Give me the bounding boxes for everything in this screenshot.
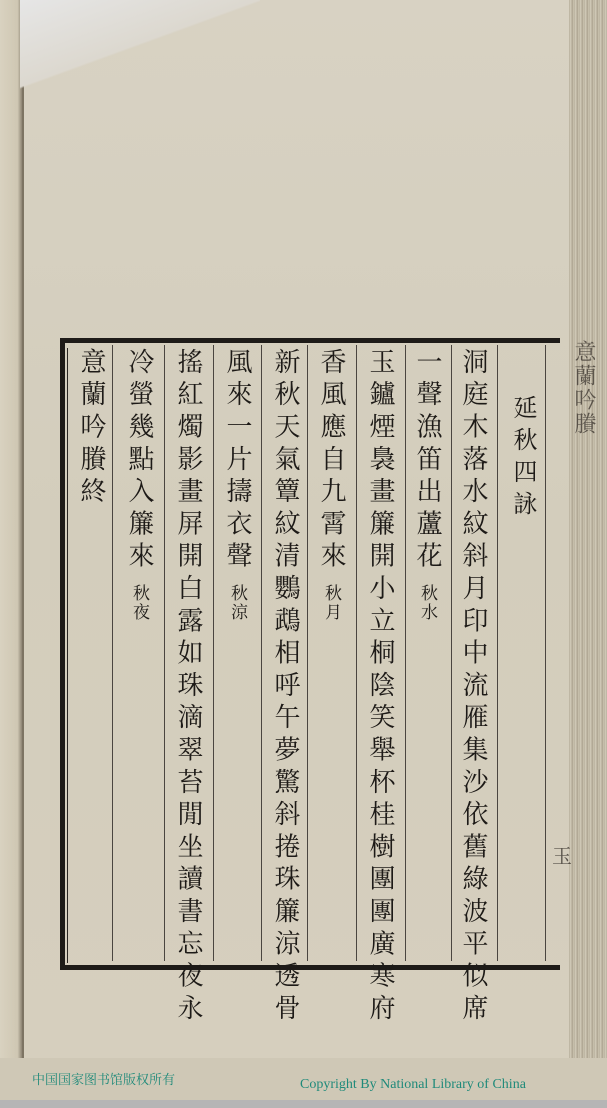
poem-3-subtitle: 秋涼: [227, 584, 247, 622]
stacked-page-edges: [569, 0, 607, 1108]
adjacent-page-text: 意蘭吟賸: [566, 340, 596, 500]
column-rule: [164, 345, 165, 961]
poem-2-line-1: 玉鑪煙裊畫簾開小立桐陰笑舉杯桂樹團團廣寒府: [362, 348, 398, 1026]
poem-2-line-2: 香風應自九霄來秋月: [313, 348, 349, 622]
poem-4-line-2: 冷螢幾點入簾來秋夜: [121, 348, 157, 622]
poem-2-line-2-text: 香風應自九霄來: [316, 348, 346, 574]
column-rule: [497, 345, 498, 961]
colophon: 意蘭吟賸終: [73, 348, 109, 510]
poem-2-subtitle: 秋月: [321, 584, 341, 622]
poem-3-line-2-text: 風來一片擣衣聲: [222, 348, 252, 574]
poem-3-line-2: 風來一片擣衣聲秋涼: [219, 348, 255, 622]
inner-border-line: [67, 348, 68, 963]
column-rule: [545, 345, 546, 961]
column-rule: [405, 345, 406, 961]
poem-1-line-2-text: 一聲漁笛出蘆花: [412, 348, 442, 574]
scan-background: [0, 1100, 607, 1108]
column-rule: [451, 345, 452, 961]
column-rule: [307, 345, 308, 961]
poem-1-subtitle: 秋水: [417, 584, 437, 622]
column-rule: [261, 345, 262, 961]
poem-4-line-2-text: 冷螢幾點入簾來: [124, 348, 154, 574]
left-page-edge: [0, 0, 24, 1058]
poem-4-line-1: 搖紅燭影畫屏開白露如珠滴翠苔閒坐讀書忘夜永: [170, 348, 206, 1026]
poem-set-title: 延秋四詠: [505, 395, 541, 523]
column-rule: [356, 345, 357, 961]
adjacent-page-text-lower: 玉: [552, 840, 580, 870]
poem-1-line-2: 一聲漁笛出蘆花秋水: [409, 348, 445, 622]
copyright-watermark-english: Copyright By National Library of China: [300, 1077, 526, 1093]
column-rule: [112, 345, 113, 961]
column-rule: [213, 345, 214, 961]
poem-1-line-1: 洞庭木落水紋斜月印中流雁集沙依舊綠波平似席: [455, 348, 491, 1026]
copyright-watermark-chinese: 中国国家图书馆版权所有: [32, 1069, 175, 1088]
poem-3-line-1: 新秋天氣簟紋清鸚鵡相呼午夢驚斜捲珠簾涼透骨: [267, 348, 303, 1026]
poem-4-subtitle: 秋夜: [129, 584, 149, 622]
